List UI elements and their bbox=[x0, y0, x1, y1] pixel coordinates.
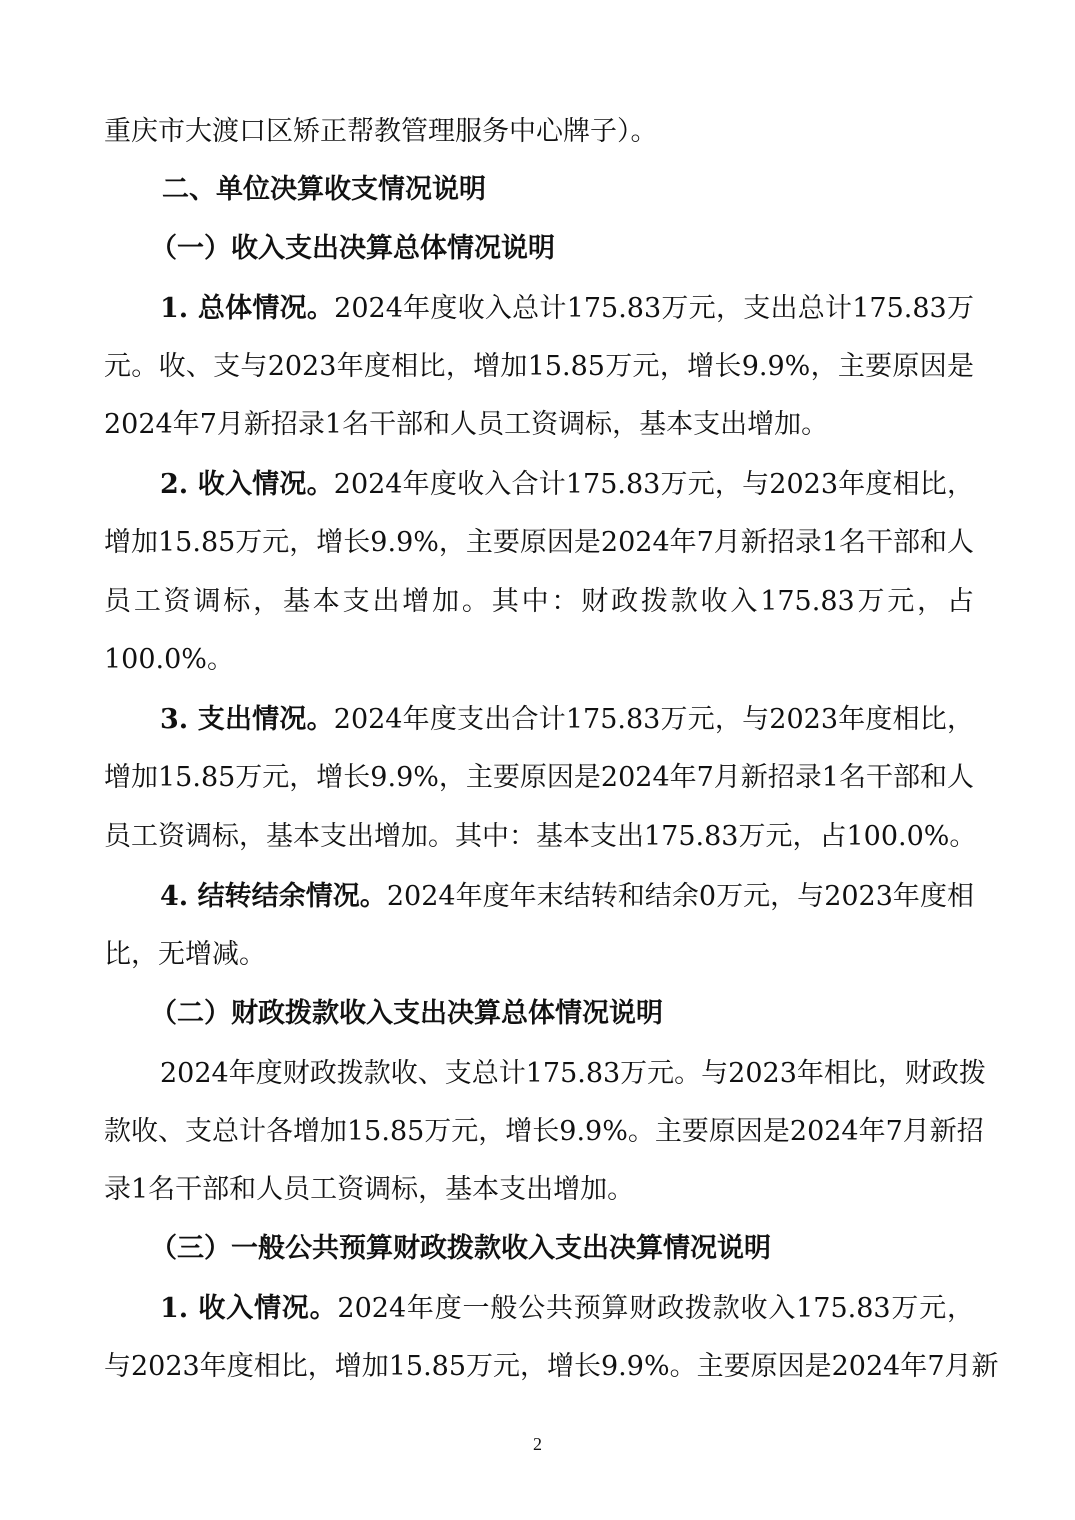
paragraph-text: 2024年度收入合计175.83万元，与2023年度相比， bbox=[334, 469, 974, 500]
page-number: 2 bbox=[0, 1434, 1075, 1455]
paragraph-line: 增加15.85万元，增长9.9%，主要原因是2024年7月新招录1名干部和人 bbox=[104, 523, 974, 563]
paragraph-line: 员工资调标，基本支出增加。其中：财政拨款收入175.83万元，占 bbox=[104, 582, 974, 622]
paragraph-text: 2024年度一般公共预算财政拨款收入175.83万元， bbox=[337, 1293, 974, 1324]
paragraph-line: 2024年7月新招录1名干部和人员工资调标，基本支出增加。 bbox=[104, 405, 974, 445]
paragraph-line: 1. 总体情况。2024年度收入总计175.83万元，支出总计175.83万 bbox=[160, 289, 974, 329]
subsection-heading-1: （一）收入支出决算总体情况说明 bbox=[150, 229, 1020, 269]
continuation-line: 重庆市大渡口区矫正帮教管理服务中心牌子）。 bbox=[104, 112, 974, 152]
paragraph-line: 员工资调标，基本支出增加。其中：基本支出175.83万元，占100.0%。 bbox=[104, 817, 974, 857]
subsection-heading-2: （二）财政拨款收入支出决算总体情况说明 bbox=[150, 994, 1020, 1034]
paragraph-line: 100.0%。 bbox=[104, 640, 974, 680]
paragraph-line: 录1名干部和人员工资调标，基本支出增加。 bbox=[104, 1170, 974, 1210]
paragraph-line: 2. 收入情况。2024年度收入合计175.83万元，与2023年度相比， bbox=[160, 465, 974, 505]
paragraph-lead: 4. 结转结余情况。 bbox=[160, 881, 387, 912]
paragraph-line: 元。收、支与2023年度相比，增加15.85万元，增长9.9%，主要原因是 bbox=[104, 347, 974, 387]
paragraph-line: 比，无增减。 bbox=[104, 935, 974, 975]
paragraph-lead: 1. 收入情况。 bbox=[160, 1293, 337, 1324]
paragraph-line: 与2023年度相比，增加15.85万元，增长9.9%。主要原因是2024年7月新 bbox=[104, 1347, 974, 1387]
paragraph-line: 1. 收入情况。2024年度一般公共预算财政拨款收入175.83万元， bbox=[160, 1289, 974, 1329]
document-page: 重庆市大渡口区矫正帮教管理服务中心牌子）。 二、单位决算收支情况说明 （一）收入… bbox=[0, 0, 1075, 1520]
paragraph-line: 4. 结转结余情况。2024年度年末结转和结余0万元，与2023年度相 bbox=[160, 877, 974, 917]
paragraph-lead: 2. 收入情况。 bbox=[160, 469, 334, 500]
paragraph-lead: 3. 支出情况。 bbox=[160, 704, 334, 735]
section-heading: 二、单位决算收支情况说明 bbox=[162, 170, 1032, 210]
paragraph-text: 2024年度收入总计175.83万元，支出总计175.83万 bbox=[334, 293, 974, 324]
paragraph-line: 3. 支出情况。2024年度支出合计175.83万元，与2023年度相比， bbox=[160, 700, 974, 740]
paragraph-line: 增加15.85万元，增长9.9%，主要原因是2024年7月新招录1名干部和人 bbox=[104, 758, 974, 798]
paragraph-lead: 1. 总体情况。 bbox=[160, 293, 334, 324]
paragraph-line: 款收、支总计各增加15.85万元，增长9.9%。主要原因是2024年7月新招 bbox=[104, 1112, 974, 1152]
paragraph-text: 2024年度支出合计175.83万元，与2023年度相比， bbox=[334, 704, 974, 735]
subsection-heading-3: （三）一般公共预算财政拨款收入支出决算情况说明 bbox=[150, 1229, 1020, 1269]
paragraph-line: 2024年度财政拨款收、支总计175.83万元。与2023年相比，财政拨 bbox=[160, 1054, 974, 1094]
paragraph-text: 2024年度年末结转和结余0万元，与2023年度相 bbox=[387, 881, 974, 912]
